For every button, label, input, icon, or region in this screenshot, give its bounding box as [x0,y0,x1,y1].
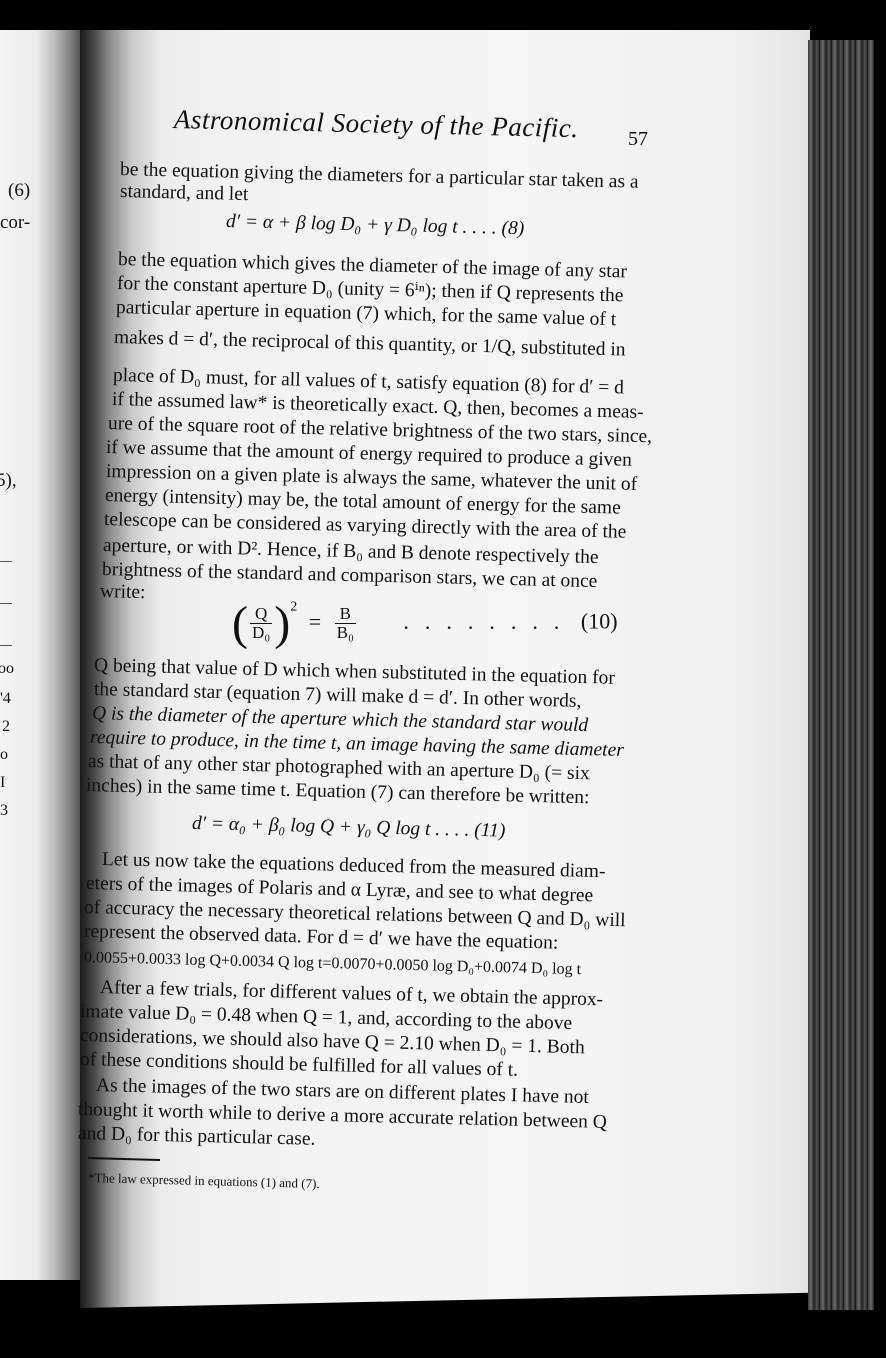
facing-rule [0,645,12,646]
fraction-numerator: Q [250,605,272,624]
facing-fragment: 3 [0,802,8,820]
close-paren: ) [274,597,290,650]
facing-fragment: cor- [0,212,30,234]
facing-fragment: I [0,774,5,792]
equation-8: d′ = α + β log D₀ + γ D₀ log t . . . . (… [226,210,525,241]
footnote-rule [88,1157,160,1161]
fraction-denominator: D₀ [250,624,272,642]
running-head: Astronomical Society of the Pacific. [174,104,579,144]
page-number: 57 [628,128,648,151]
page-content: (6) cor- 5), oo '4 2 o I 3 Astronomical … [0,0,886,1358]
equation-10-number: (10) [581,609,618,634]
text-line: standard, and let [120,180,249,207]
open-paren: ( [232,597,248,650]
text-line: write: [100,580,146,605]
facing-rule [0,603,12,604]
facing-fragment: 5), [0,470,17,492]
equation-10: (QD₀)2 = BB₀ ........ (10) [232,596,618,651]
facing-rule [0,561,12,562]
equation-11: d′ = α₀ + β₀ log Q + γ₀ Q log t . . . . … [192,812,506,844]
fraction-b-over-b0: BB₀ [335,605,356,642]
text-line: makes d = d′, the reciprocal of this qua… [114,326,626,362]
fraction-numerator: B [335,605,356,624]
equation-8-text: d′ = α + β log D₀ + γ D₀ log t . . . . (… [226,211,525,239]
facing-fragment: '4 [0,690,11,708]
text-line: and D₀ for this particular case. [78,1122,316,1152]
footnote: *The law expressed in equations (1) and … [88,1170,320,1192]
fraction-q-over-d0: QD₀ [250,605,272,642]
facing-fragment: o [0,746,8,764]
fraction-denominator: B₀ [335,624,356,642]
facing-fragment: oo [0,660,14,678]
facing-fragment: (6) [8,180,30,202]
facing-fragment: 2 [2,718,10,736]
